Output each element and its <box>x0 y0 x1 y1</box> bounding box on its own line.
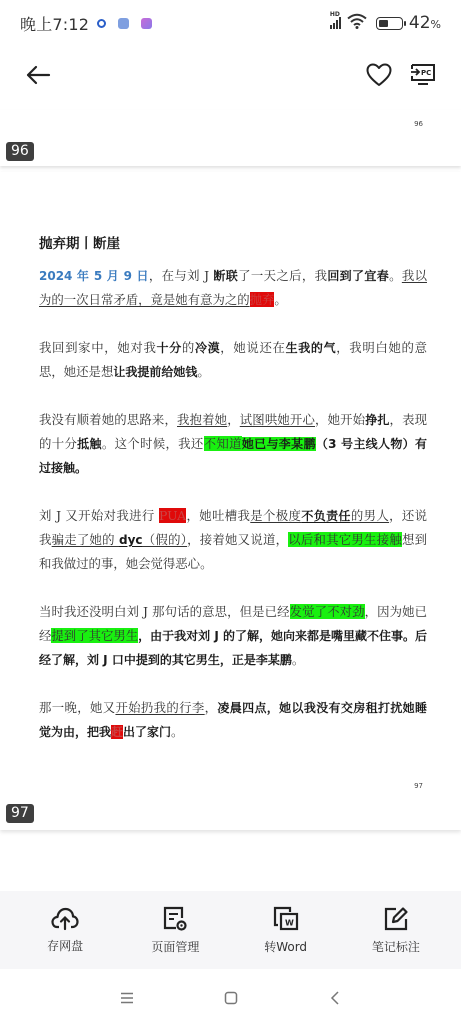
page-badge: 96 <box>6 142 34 161</box>
highlighted-text: 她已与李某鹏 <box>242 437 316 451</box>
status-time: 晚上7:12 <box>20 12 89 35</box>
tool-label: 转Word <box>264 938 307 955</box>
battery-icon <box>376 17 403 30</box>
document-content: 抛弃期丨断崖 2024 年 5 月 9 日，在与刘 J 断联了一天之后，我回到了… <box>39 232 427 768</box>
text-segment: 开始扔我的行李 <box>115 700 204 715</box>
text-segment: 不负责任 <box>301 509 350 523</box>
text-segment: ，在与刘 J <box>149 268 214 283</box>
highlighted-text: PUA <box>159 508 186 523</box>
text-segment: ，她说还在 <box>220 340 285 355</box>
text-segment: 抵触 <box>77 437 102 451</box>
text-segment: 十分 <box>157 341 182 355</box>
highlighted-text: 发觉了不对劲 <box>290 604 365 619</box>
text-segment: 。 <box>274 292 286 307</box>
text-segment: 我抱着她 <box>177 412 227 427</box>
text-segment: 我回到家中，她对我 <box>39 340 157 355</box>
menu-button[interactable] <box>115 986 139 1010</box>
save-to-cloud-button[interactable]: 存网盘 <box>15 907 115 954</box>
cloud-upload-icon <box>51 907 79 931</box>
text-segment: 。 <box>171 724 183 739</box>
svg-text:W: W <box>285 918 294 927</box>
app-bar: PC <box>0 50 461 100</box>
text-segment: ， <box>227 412 240 427</box>
text-segment: 断联 <box>213 269 238 283</box>
text-segment: 回到了宜春 <box>327 269 389 283</box>
highlighted-text: 以后和其它男生接触 <box>288 532 402 547</box>
section-title: 抛弃期丨断崖 <box>39 232 427 256</box>
edit-note-icon <box>383 906 409 932</box>
page-corner-number: 97 <box>414 782 423 790</box>
tool-label: 笔记标注 <box>372 938 420 955</box>
text-segment: 试图哄她开心 <box>240 412 315 427</box>
paragraph: 2024 年 5 月 9 日，在与刘 J 断联了一天之后，我回到了宜春。我以为的… <box>39 264 427 312</box>
text-segment: 当时我还没明白刘 J 那句话的意思，但是已经 <box>39 604 290 619</box>
notification-dot-icon <box>97 19 106 28</box>
tool-label: 存网盘 <box>47 937 83 954</box>
text-segment: 冷漠 <box>195 341 220 355</box>
text-segment: 的 <box>182 340 195 355</box>
text-segment: ， <box>205 700 218 715</box>
text-segment: 让我提前给她钱 <box>113 365 197 379</box>
page-97: 抛弃期丨断崖 2024 年 5 月 9 日，在与刘 J 断联了一天之后，我回到了… <box>0 172 461 830</box>
convert-to-word-button[interactable]: W 转Word <box>236 906 336 955</box>
home-icon <box>224 991 238 1005</box>
notification-app-icon <box>141 18 152 29</box>
text-segment: 。这个时候，我还 <box>102 436 204 451</box>
text-segment: ，她开始 <box>315 412 365 427</box>
arrow-left-icon <box>25 64 51 86</box>
text-segment: dyc <box>119 533 143 547</box>
heart-icon <box>366 63 392 87</box>
notes-annotation-button[interactable]: 笔记标注 <box>346 906 446 955</box>
text-segment: ，她吐槽我 <box>186 508 250 523</box>
text-segment: （假的） <box>143 532 188 547</box>
send-to-pc-button[interactable]: PC <box>407 59 439 91</box>
favorite-button[interactable] <box>363 59 395 91</box>
paragraphs: 2024 年 5 月 9 日，在与刘 J 断联了一天之后，我回到了宜春。我以为的… <box>39 264 427 744</box>
status-bar: 晚上7:12 HD 42% <box>0 0 461 46</box>
text-segment: 。 <box>389 268 402 283</box>
text-segment: 是个极度 <box>250 508 301 523</box>
text-segment: 出了家门 <box>123 725 171 739</box>
tool-label: 页面管理 <box>151 938 199 955</box>
paragraph: 那一晚，她又开始扔我的行李，凌晨四点，她以我没有交房租打扰她睡觉为由，把我赶出了… <box>39 696 427 744</box>
back-icon <box>330 991 340 1005</box>
page-badge: 97 <box>6 804 34 823</box>
home-button[interactable] <box>219 986 243 1010</box>
text-segment: 骗走了她的 <box>52 532 119 547</box>
highlighted-text: 提到了其它男生 <box>51 628 138 643</box>
convert-word-icon: W <box>273 906 299 932</box>
system-nav-bar <box>0 972 461 1024</box>
text-segment: 了一天之后，我 <box>238 268 327 283</box>
text-segment: 那一晚，她又 <box>39 700 115 715</box>
menu-icon <box>120 992 134 1004</box>
send-to-pc-icon: PC <box>410 63 436 87</box>
text-segment: 2024 年 5 月 9 日 <box>39 269 149 283</box>
paragraph: 我回到家中，她对我十分的冷漠，她说还在生我的气，我明白她的意思，她还是想让我提前… <box>39 336 427 384</box>
text-segment: 生我的气 <box>286 341 337 355</box>
paragraph: 我没有顺着她的思路来，我抱着她，试图哄她开心，她开始挣扎，表现的十分抵触。这个时… <box>39 408 427 480</box>
paragraph: 刘 J 又开始对我进行 PUA，她吐槽我是个极度不负责任的男人，还说我骗走了她的… <box>39 504 427 576</box>
highlighted-text: 赶 <box>111 725 123 739</box>
text-segment: 挣扎 <box>365 413 389 427</box>
page-management-button[interactable]: 页面管理 <box>125 906 225 955</box>
network-type-label: HD <box>330 11 340 18</box>
back-button[interactable] <box>22 59 54 91</box>
signal-icon: HD <box>330 17 341 29</box>
wifi-icon <box>347 13 367 33</box>
page-settings-icon <box>162 906 188 932</box>
paragraph: 当时我还没明白刘 J 那句话的意思，但是已经发觉了不对劲，因为她已经提到了其它男… <box>39 600 427 672</box>
text-segment: 的男人 <box>351 508 389 523</box>
bottom-toolbar: 存网盘 页面管理 W 转Word 笔记标注 <box>0 891 461 969</box>
page-96: 96 96 <box>0 110 461 166</box>
text-segment: 。 <box>197 364 209 379</box>
battery-percent: 42% <box>409 13 441 33</box>
text-segment: 刘 J 又开始对我进行 <box>39 508 159 523</box>
system-back-button[interactable] <box>323 986 347 1010</box>
svg-text:PC: PC <box>421 69 431 77</box>
text-segment: 。 <box>292 652 304 667</box>
page-corner-number: 96 <box>414 120 423 128</box>
text-segment: ，接着她又说道， <box>187 532 288 547</box>
highlighted-text: 抛弃 <box>250 292 275 307</box>
highlighted-text: 不知道 <box>204 436 242 451</box>
text-segment: 我没有顺着她的思路来， <box>39 412 177 427</box>
notification-app-icon <box>118 18 129 29</box>
